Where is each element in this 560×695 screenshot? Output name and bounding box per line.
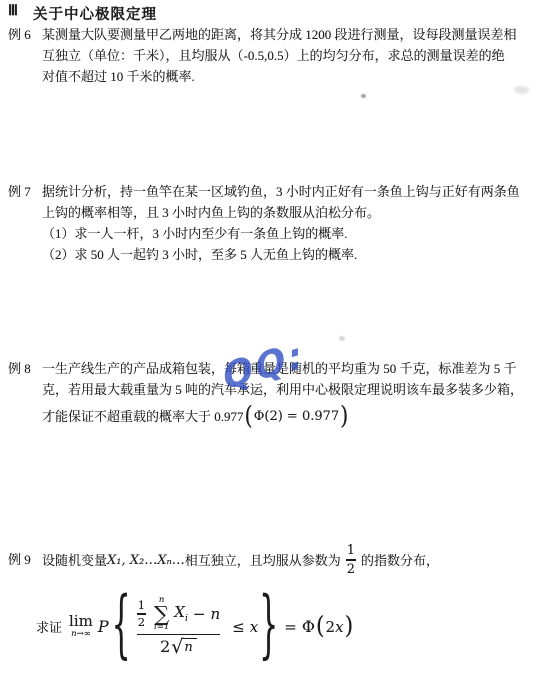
open-paren: ( xyxy=(245,404,253,429)
text-line: 某测量大队要测量甲乙两地的距离，将其分成 1200 段进行测量，设每段测量误差相 xyxy=(42,24,548,45)
prove-text: 求证 xyxy=(36,617,62,636)
text-line: 克，若用最大载重量为 5 吨的汽车承运，利用中心极限定理说明该车最多装多少箱， xyxy=(42,379,548,400)
close-paren: ) xyxy=(345,614,354,639)
fraction-bar xyxy=(346,559,356,560)
example-label: 例 6 xyxy=(8,24,42,87)
text-line: 据统计分析，持一鱼竿在某一区域钓鱼，3 小时内正好有一条鱼上钩与正好有两条鱼 xyxy=(42,181,548,202)
subquestion-1: （1）求一人一杆，3 小时内至少有一条鱼上钩的概率. xyxy=(42,223,548,244)
example-6: 例 6 某测量大队要测量甲乙两地的距离，将其分成 1200 段进行测量，设每段测… xyxy=(8,24,548,87)
sigma-symbol: ∑ xyxy=(154,605,169,624)
text-line: 一生产线生产的产品成箱包装，每箱重量是随机的平均重为 50 千克，标准差为 5 … xyxy=(42,358,548,379)
close-brace: } xyxy=(259,590,278,664)
statement-pre: 设随机变量 xyxy=(42,550,107,571)
example-body: 某测量大队要测量甲乙两地的距离，将其分成 1200 段进行测量，设每段测量误差相… xyxy=(42,24,548,87)
summation: n ∑ i=1 xyxy=(154,596,169,632)
condition-text: 才能保证不超重载的概率大于 0.977 xyxy=(42,406,244,427)
example-8: 例 8 一生产线生产的产品成箱包装，每箱重量是随机的平均重为 50 千克，标准差… xyxy=(8,358,548,430)
example-label: 例 7 xyxy=(8,181,42,265)
example-9-statement: 设随机变量 X₁, X₂…Xₙ… 相互独立，且均服从参数为 1 2 的指数分布， xyxy=(42,536,548,584)
argument-coefficient: 2 xyxy=(326,618,336,636)
section-title: Ⅲ 关于中心极限定理 xyxy=(8,3,157,24)
statement-post: 的指数分布， xyxy=(361,550,439,571)
minus-n: n xyxy=(210,606,220,623)
text-line: 对值不超过 10 千米的概率. xyxy=(42,66,548,87)
bound-variable: x xyxy=(250,618,258,636)
leq-sign: ≤ xyxy=(232,618,245,636)
example-9: 例 9 设随机变量 X₁, X₂…Xₙ… 相互独立，且均服从参数为 1 2 的指… xyxy=(8,536,548,584)
example-label: 例 8 xyxy=(8,358,42,430)
scan-artifact xyxy=(361,94,366,98)
equals-sign: = xyxy=(284,618,297,636)
fraction-bar xyxy=(137,634,220,635)
main-fraction: 1 2 n ∑ i=1 Xi − n 2 √ n xyxy=(137,596,220,657)
radicand: n xyxy=(182,638,196,655)
lim-symbol: lim xyxy=(69,614,93,629)
scan-artifact xyxy=(339,336,345,341)
summand: Xi xyxy=(174,604,188,625)
fraction-numerator: 1 xyxy=(346,544,356,557)
half-coefficient: 1 2 xyxy=(137,600,146,628)
phi-identity: Φ(2) = 0.977 xyxy=(254,406,339,427)
probability-symbol: P xyxy=(98,617,109,636)
example-body: 据统计分析，持一鱼竿在某一区域钓鱼，3 小时内正好有一条鱼上钩与正好有两条鱼 上… xyxy=(42,181,548,265)
phi-symbol: Φ xyxy=(302,617,315,636)
random-variables: X₁, X₂…Xₙ… xyxy=(107,550,185,571)
scan-artifact xyxy=(514,86,529,94)
text-line: 互独立（单位：千米），且均服从（-0.5,0.5）上的均匀分布，求总的测量误差的… xyxy=(42,45,548,66)
document-page: Ⅲ 关于中心极限定理 例 6 某测量大队要测量甲乙两地的距离，将其分成 1200… xyxy=(0,0,560,695)
section-title-text: 关于中心极限定理 xyxy=(33,3,157,24)
example-7: 例 7 据统计分析，持一鱼竿在某一区域钓鱼，3 小时内正好有一条鱼上钩与正好有两… xyxy=(8,181,548,265)
lim-subscript: n→∞ xyxy=(71,630,91,639)
open-brace: { xyxy=(112,590,131,664)
fraction-denominator: 2 √ n xyxy=(160,638,197,657)
argument-variable: x xyxy=(335,618,343,636)
example-body: 一生产线生产的产品成箱包装，每箱重量是随机的平均重为 50 千克，标准差为 5 … xyxy=(42,358,548,430)
sum-lower-limit: i=1 xyxy=(154,623,169,632)
open-paren: ( xyxy=(316,614,325,639)
square-root: √ n xyxy=(171,638,196,657)
text-line: 上钩的概率相等，且 3 小时内鱼上钩的条数服从泊松分布。 xyxy=(42,202,548,223)
statement-mid: 相互独立，且均服从参数为 xyxy=(185,550,341,571)
example-body: 设随机变量 X₁, X₂…Xₙ… 相互独立，且均服从参数为 1 2 的指数分布， xyxy=(42,536,548,584)
probability-condition-line: 才能保证不超重载的概率大于 0.977 ( Φ(2) = 0.977 ) xyxy=(42,403,548,430)
example-label: 例 9 xyxy=(8,536,42,584)
section-number: Ⅲ xyxy=(8,3,19,24)
parameter-fraction: 1 2 xyxy=(346,544,356,575)
fraction-numerator: 1 2 n ∑ i=1 Xi − n xyxy=(137,596,220,632)
limit-formula: 求证 lim n→∞ P { 1 2 n ∑ i=1 Xi − n xyxy=(36,596,354,657)
minus-sign: − xyxy=(193,606,206,623)
fraction-denominator: 2 xyxy=(346,563,356,576)
subquestion-2: （2）求 50 人一起钓 3 小时，至多 5 人无鱼上钩的概率. xyxy=(42,244,548,265)
close-paren: ) xyxy=(340,404,348,429)
coefficient: 2 xyxy=(160,638,170,656)
limit-operator: lim n→∞ xyxy=(69,614,93,639)
